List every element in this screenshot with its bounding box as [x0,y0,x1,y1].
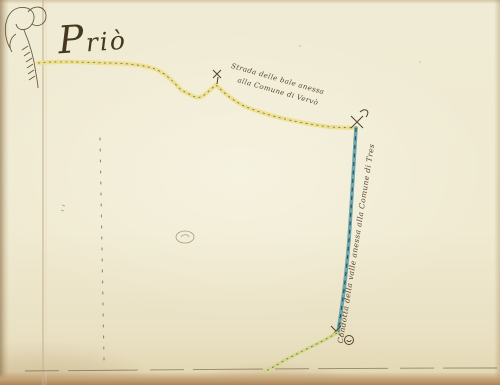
circled-mark-inner [347,340,351,342]
circle-scribble-mark [176,231,194,243]
spur-tick [217,77,218,84]
x-mark-road [213,70,221,78]
sheet-edge-line [25,368,497,371]
circled-boundary-mark [345,336,354,345]
pen-flourish-icon [5,7,46,88]
canal-top-junction-cross-icon [351,110,368,128]
road-junction-cross-icon [213,70,221,84]
dashed-boundary-line [100,138,104,360]
flourish-leaf [10,34,16,52]
flourish-hatching [22,46,35,80]
map-sheet: Priò Strada delle bale anessa alla Comun… [0,0,500,385]
paper-speck-2 [419,61,421,63]
scribble-ellipse [176,231,194,243]
flourish-loop-1 [5,7,34,48]
junction-curl [360,110,368,117]
scribble-inner [181,235,189,237]
map-title: Priò [57,14,128,63]
paper-speck-1 [299,45,301,47]
stray-tick-mark [61,205,65,211]
